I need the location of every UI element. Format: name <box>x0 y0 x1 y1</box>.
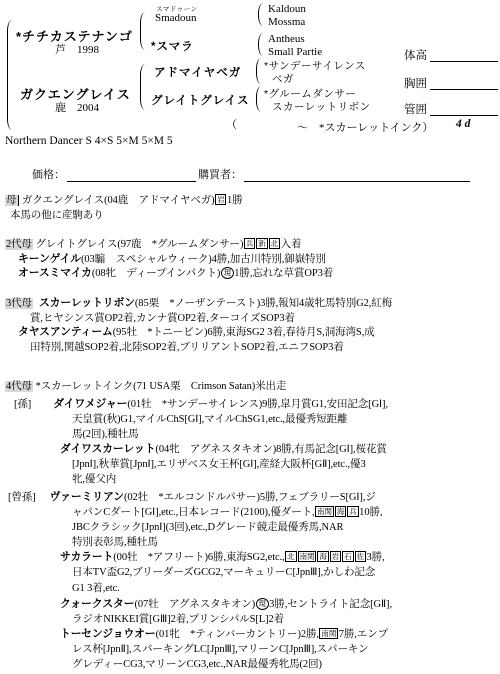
pedigree-brace <box>256 58 262 84</box>
grandchild-label: [孫] <box>14 399 31 410</box>
horse-name: タヤスアンティーム <box>18 326 113 338</box>
text-segment: ャパンCダート[GⅠ],etc.,日本レコード(2100),優ダート, <box>72 507 315 518</box>
horse-name: スカーレットリボン <box>39 297 135 309</box>
horse-name: ヴァーミリアン <box>50 491 124 503</box>
text-segment: (03騸 スペシャルウィーク)4勝,加古川特別,御嶽特別 <box>81 254 326 265</box>
record-line: [JpnⅠ],秋華賞[JpnⅠ],エリザベス女王杯[GⅠ],産経大阪杯[GⅡ],… <box>72 456 366 471</box>
record-line: [孫]ダイワメジャー(01牡 *サンデーサイレンス)9勝,皐月賞G1,安田記念[… <box>14 396 388 411</box>
region-badge: 南関 <box>319 628 338 639</box>
family-ref-number: 4 d <box>456 118 470 130</box>
record-line: ラジオNIKKEI賞[GⅢ]2着,プリンシパルS[L]2着 <box>72 611 284 626</box>
text-segment: 牝,優父内 <box>72 474 116 485</box>
dam-dam-dam-name: スカーレットリボン <box>272 99 371 114</box>
text-segment: 入着 <box>281 239 302 250</box>
record-line: 牝,優父内 <box>72 471 116 486</box>
region-badge: 北 <box>269 238 280 249</box>
record-line: 本馬の他に産駒あり <box>10 207 104 222</box>
text-segment: 馬(2回),種牡馬 <box>72 429 138 440</box>
horse-name: サカラート <box>60 551 113 563</box>
record-line: 特別表彰馬,種牡馬 <box>72 534 158 549</box>
third-dam-record-line: 3代母スカーレットリボン(85栗 *ノーザンテースト)3勝,報知4歳牝馬特別G2… <box>5 295 392 310</box>
record-line: タヤスアンティーム(95牡 *トニービン)6勝,東海SG2 3着,春待月S,洞海… <box>18 324 375 339</box>
region-badge: 石 <box>342 551 353 562</box>
pedigree-brace <box>258 3 264 26</box>
dam-record-line: 母 ガクエングレイス(04鹿 アドマイヤベガ)岩1勝 <box>5 192 243 207</box>
sire-dam-sire-name: Antheus <box>268 33 305 45</box>
horse-name: トーセンジョウオー <box>60 628 156 640</box>
horse-name: クォークスター <box>60 598 134 610</box>
text-segment: 3勝,セントライト記念[GⅡ], <box>269 599 392 610</box>
active-badge: 現 <box>221 267 234 279</box>
text-segment: (00牡 *アフリート)6勝,東海SG2,etc., <box>113 552 284 563</box>
record-line: キーンゲイル(03騸 スペシャルウィーク)4勝,加古川特別,御嶽特別 <box>18 251 326 266</box>
sire-dam-dam-name: Small Partie <box>268 46 322 58</box>
pedigree-brace <box>140 64 146 110</box>
height-label: 体高 <box>404 47 427 63</box>
text-segment: 賞,ヒヤシンス賞OP2着,カンナ賞OP2着,ターコイズSOP3着 <box>30 313 295 324</box>
region-badge: 佐 <box>355 551 366 562</box>
text-segment: 1勝 <box>227 195 243 206</box>
record-line: 賞,ヒヤシンス賞OP2着,カンナ賞OP2着,ターコイズSOP3着 <box>30 310 295 325</box>
family-trace-open: （ <box>226 116 237 132</box>
text-segment: 10勝, <box>359 507 382 518</box>
text-segment: 特別表彰馬,種牡馬 <box>72 537 158 548</box>
record-line: クォークスター(07牡 アグネスタキオン)現3勝,セントライト記念[GⅡ], <box>60 596 392 611</box>
text-segment: 日本TV盃G2,ブリーダーズGCG2,マーキュリーC[JpnⅢ],かしわ記念 <box>72 567 375 578</box>
horse-name: ダイワメジャー <box>53 398 127 410</box>
pedigree-brace <box>7 20 13 130</box>
record-line: トーセンジョウオー(01牝 *ティンバーカントリー)2勝,南関7勝,エンプ <box>60 626 388 641</box>
chest-label: 胸囲 <box>404 75 427 91</box>
record-line: 田特別,関越SOP2着,北陸SOP2着,ブリリアントSOP2着,エニフSOP3着 <box>30 339 344 354</box>
region-badge: 南関 <box>298 551 317 562</box>
text-segment: (95牡 *トニービン)6勝,東海SG2 3着,春待月S,洞海湾S,成 <box>113 327 375 338</box>
record-line: 天皇賞(秋)G1,マイルChS[GⅠ],マイルChSG1,etc.,最優秀短距離 <box>72 411 347 426</box>
text-segment: (01牡 *サンデーサイレンス)9勝,皐月賞G1,安田記念[GⅠ], <box>127 399 388 410</box>
region-badge: 新 <box>256 238 267 249</box>
text-segment: (04牝 アグネスタキオン)8勝,有馬記念[GⅠ],桜花賞 <box>155 444 386 455</box>
text-segment: (01牝 *ティンバーカントリー)2勝, <box>156 629 319 640</box>
fourth-dam-label: 4代母 <box>5 381 33 392</box>
height-blank <box>430 60 498 62</box>
horse-name: キーンゲイル <box>18 253 81 265</box>
record-line: レス杯[JpnⅡ],スパーキングLC[JpnⅢ],マリーンC[JpnⅢ],スパー… <box>72 641 369 656</box>
text-segment: 田特別,関越SOP2着,北陸SOP2着,ブリリアントSOP2着,エニフSOP3着 <box>30 342 344 353</box>
granddam-record-line: 2代母 グレイトグレイス(97鹿 *グルームダンサー)兵新北入着 <box>5 236 301 251</box>
dam-label: 母 <box>5 195 19 206</box>
text-segment: グレディーCG3,マリーンCG3,etc.,NAR最優秀牝馬(2回) <box>72 659 322 670</box>
text-segment: (07牡 アグネスタキオン) <box>134 599 255 610</box>
cannon-label: 管囲 <box>404 101 427 117</box>
pedigree-brace <box>258 33 264 56</box>
text-segment: レス杯[JpnⅡ],スパーキングLC[JpnⅢ],マリーンC[JpnⅢ],スパー… <box>72 644 369 655</box>
record-line: G1 3着,etc. <box>72 580 120 595</box>
text-segment: [JpnⅠ],秋華賞[JpnⅠ],エリザベス女王杯[GⅠ],産経大阪杯[GⅡ],… <box>72 459 366 470</box>
record-line: ダイワスカーレット(04牝 アグネスタキオン)8勝,有馬記念[GⅠ],桜花賞 <box>60 441 387 456</box>
region-badge: 北 <box>285 551 296 562</box>
record-line: オースミマイカ(08牝 ディープインパクト)現1勝,忘れな草賞OP3着 <box>18 265 333 280</box>
record-line: 日本TV盃G2,ブリーダーズGCG2,マーキュリーC[JpnⅢ],かしわ記念 <box>72 564 375 579</box>
region-badge: 海 <box>317 551 328 562</box>
horse-name: ダイワスカーレット <box>60 443 155 455</box>
text-segment: ラジオNIKKEI賞[GⅢ]2着,プリンシパルS[L]2着 <box>72 614 284 625</box>
dam-sire-name: アドマイヤベガ <box>154 64 241 80</box>
inbreeding-note: Northern Dancer S 4×S 5×M 5×M 5 <box>5 135 173 147</box>
cannon-blank <box>430 114 498 116</box>
text-segment: JBCクラシック[JpnⅠ](3回),etc.,Dグレード競走最優秀馬,NAR <box>72 522 343 533</box>
active-badge: 現 <box>256 598 269 610</box>
sire-sire-sire-name: Kaldoun <box>268 3 306 15</box>
chest-blank <box>430 88 498 90</box>
granddam-label: 2代母 <box>5 239 33 250</box>
region-badge: 海 <box>335 506 346 517</box>
sire-coat-year: 芦 1998 <box>55 41 99 57</box>
fourth-dam-record-line: 4代母 *スカーレットインク(71 USA栗 Crimson Satan)米出走 <box>5 378 286 393</box>
text-segment: 7勝,エンプ <box>339 629 388 640</box>
text-segment: 3勝, <box>367 552 385 563</box>
pedigree-catalog-page: スマドゥーン Smadoun *チチカステナンゴ 芦 1998 *スマラ Kal… <box>0 0 500 674</box>
text-segment: (85栗 *ノーザンテースト)3勝,報知4歳牝馬特別G2,紅梅 <box>135 298 392 309</box>
sire-dam-name: *スマラ <box>151 38 194 54</box>
record-line: サカラート(00牡 *アフリート)6勝,東海SG2,etc.,北南関海岩石佐3勝… <box>60 549 385 564</box>
text-segment: *スカーレットインク(71 USA栗 Crimson Satan)米出走 <box>33 381 286 392</box>
dam-dam-name: グレイトグレイス <box>151 92 250 108</box>
text-segment: ガクエングレイス(04鹿 アドマイヤベガ) <box>19 195 214 206</box>
family-trace-text: ～ *スカーレットインク） <box>297 119 433 135</box>
great-grandchild-label: [曾孫] <box>8 492 36 503</box>
text-segment: G1 3着,etc. <box>72 583 120 594</box>
region-badge: 南関 <box>315 506 334 517</box>
sire-sire-name: Smadoun <box>155 12 197 24</box>
region-badge: 兵 <box>347 506 358 517</box>
region-badge: 岩 <box>215 194 226 205</box>
pedigree-brace <box>256 86 262 112</box>
record-line: 馬(2回),種牡馬 <box>72 426 138 441</box>
text-segment: 天皇賞(秋)G1,マイルChS[GⅠ],マイルChSG1,etc.,最優秀短距離 <box>72 414 347 425</box>
region-badge: 兵 <box>244 238 255 249</box>
record-line: ャパンCダート[GⅠ],etc.,日本レコード(2100),優ダート,南関海兵1… <box>72 504 382 519</box>
text-segment: グレイトグレイス(97鹿 *グルームダンサー) <box>33 239 243 250</box>
pedigree-brace <box>140 12 146 50</box>
dam-sire-dam-name: ベガ <box>272 71 294 86</box>
sire-sire-dam-name: Mossma <box>268 16 305 28</box>
text-segment: 本馬の他に産駒あり <box>10 210 104 221</box>
record-line: JBCクラシック[JpnⅠ](3回),etc.,Dグレード競走最優秀馬,NAR <box>72 519 343 534</box>
region-badge: 岩 <box>330 551 341 562</box>
price-buyer-blank <box>67 180 470 182</box>
record-line: [曾孫]ヴァーミリアン(02牡 *エルコンドルパサー)5勝,フェブラリーS[GⅠ… <box>8 489 376 504</box>
text-segment: 1勝,忘れな草賞OP3着 <box>234 268 333 279</box>
record-line: グレディーCG3,マリーンCG3,etc.,NAR最優秀牝馬(2回) <box>72 656 322 671</box>
horse-name: オースミマイカ <box>18 267 92 279</box>
third-dam-label: 3代母 <box>5 298 33 309</box>
text-segment: (08牝 ディープインパクト) <box>92 268 220 279</box>
text-segment: (02牡 *エルコンドルパサー)5勝,フェブラリーS[GⅠ],ジ <box>124 492 376 503</box>
price-label: 価格： <box>32 166 65 182</box>
buyer-label: 購買者： <box>196 166 244 182</box>
dam-coat-year: 鹿 2004 <box>55 99 99 115</box>
